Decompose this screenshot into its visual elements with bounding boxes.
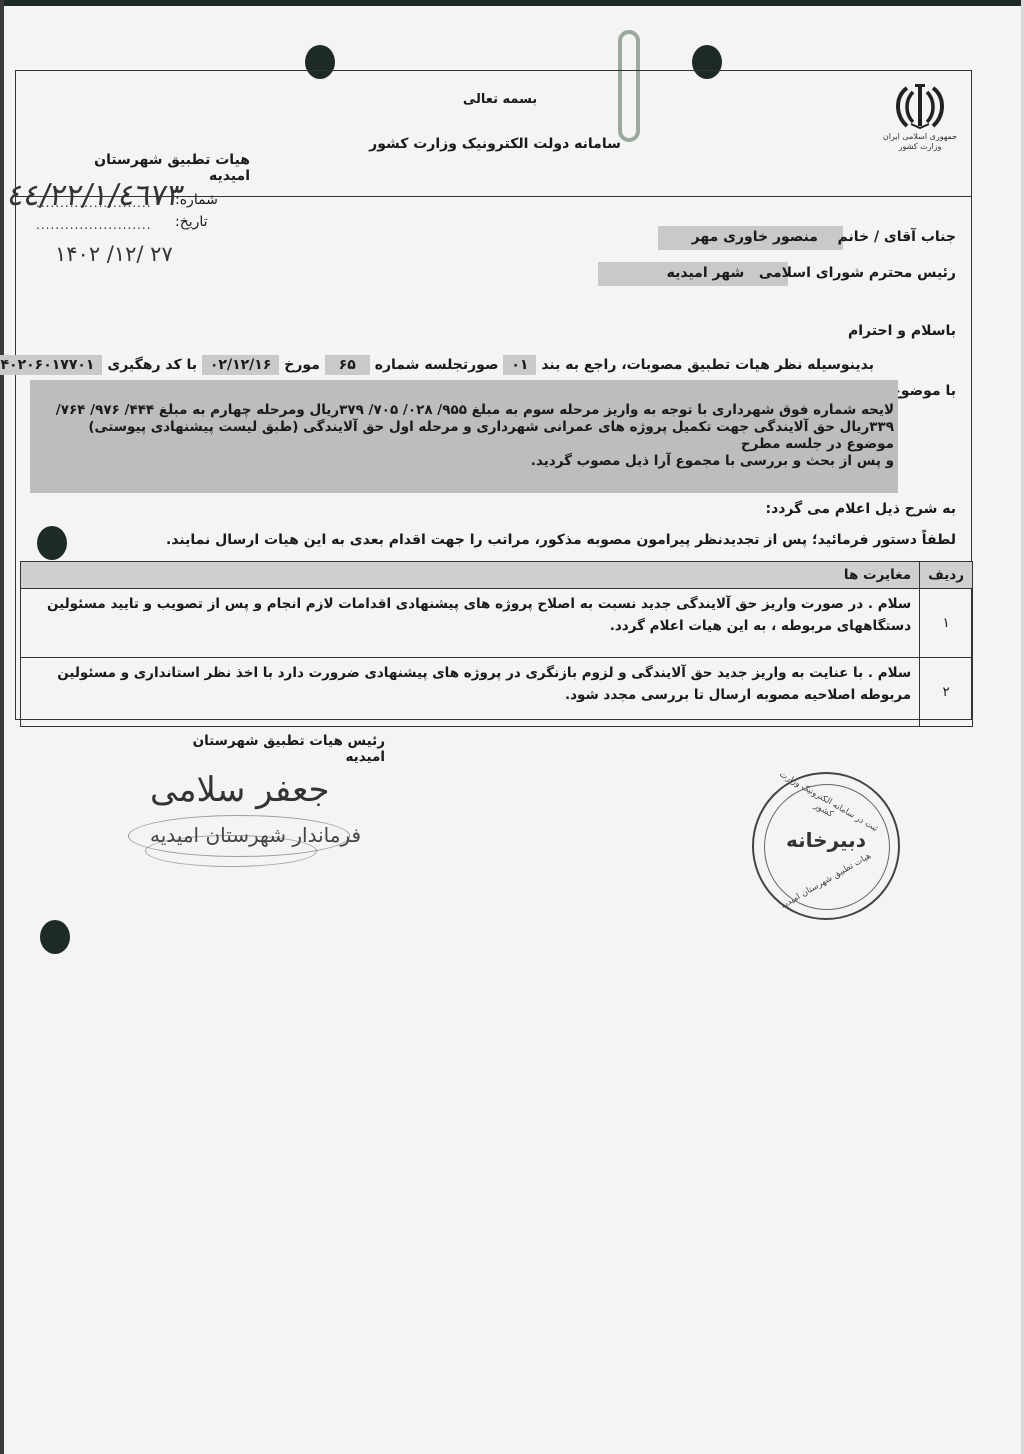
subject-line: و پس از بحث و بررسی با مجموع آرا ذیل مصو… bbox=[52, 453, 894, 470]
session-date: ۰۲/۱۲/۱۶ bbox=[202, 355, 280, 375]
table-row: ۱ سلام . در صورت واریز حق آلایندگی جدید … bbox=[21, 589, 973, 658]
row-text: سلام . در صورت واریز حق آلایندگی جدید نس… bbox=[21, 589, 920, 658]
signature-role: فرماندار شهرستان امیدیه bbox=[150, 823, 361, 847]
dated-label: مورخ bbox=[284, 357, 320, 373]
subject-text: لایحه شماره فوق شهرداری با توجه به واریز… bbox=[52, 402, 894, 470]
scan-edge bbox=[0, 0, 1024, 6]
column-header-discrepancies: مغایرت ها bbox=[21, 562, 920, 589]
council-name: شهر امیدیه bbox=[667, 265, 745, 281]
tracking-code: ۴۰۰۴۰۲۰۶۰۱۷۷۰۱ bbox=[0, 355, 102, 375]
subject-line: لایحه شماره فوق شهرداری با توجه به واریز… bbox=[52, 402, 894, 419]
handwritten-letter-number: ٤٤/٢٢/١/٤٦٧٣ bbox=[6, 178, 186, 213]
handwritten-signature: جعفر سلامی bbox=[150, 770, 330, 810]
tracking-label: با کد رهگیری bbox=[107, 357, 197, 373]
table-row: ۲ سلام . با عنایت به واریز جدید حق آلاین… bbox=[21, 658, 973, 727]
bismillah: بسمه تعالی bbox=[420, 92, 580, 107]
system-title: سامانه دولت الکترونیک وزارت کشور bbox=[360, 136, 630, 152]
row-index: ۲ bbox=[920, 658, 973, 727]
addressee-name: منصور خاوری مهر bbox=[692, 229, 818, 245]
signature-title: رئیس هیات تطبیق شهرستان امیدیه bbox=[155, 733, 385, 765]
date-dots: ........................ bbox=[36, 218, 152, 232]
table-header-row: ردیف مغایرت ها bbox=[21, 562, 973, 589]
subject-label: با موضوع bbox=[891, 383, 956, 399]
column-header-index: ردیف bbox=[920, 562, 973, 589]
emblem-caption: جمهوری اسلامی ایران bbox=[874, 132, 966, 142]
emblem: جمهوری اسلامی ایران وزارت کشور bbox=[874, 82, 966, 172]
handwritten-letter-date: ۱۴۰۲ /۱۲/ ۲۷ bbox=[55, 242, 173, 266]
punch-hole bbox=[40, 920, 70, 954]
position-line: رئیس محترم شورای اسلامی شهر امیدیه bbox=[667, 265, 956, 281]
intro-prefix: بدینوسیله نظر هیات تطبیق مصوبات، راجع به… bbox=[541, 357, 874, 373]
date-label: تاریخ: bbox=[175, 214, 208, 230]
iran-emblem-icon bbox=[893, 82, 947, 132]
subject-line: ۳۳۹ریال حق آلایندگی جهت تکمیل پروژه های … bbox=[52, 419, 894, 453]
secretariat-seal: ثبت در سامانه الکترونیک وزارت کشور دبیرخ… bbox=[752, 772, 900, 920]
salutation-label: جناب آقای / خانم bbox=[837, 229, 956, 245]
scan-edge bbox=[0, 0, 4, 1454]
emblem-caption: وزارت کشور bbox=[874, 142, 966, 152]
greeting: باسلام و احترام bbox=[848, 323, 956, 339]
intro-line: بدینوسیله نظر هیات تطبیق مصوبات، راجع به… bbox=[0, 355, 874, 375]
session-number: ۶۵ bbox=[325, 355, 370, 375]
row-text: سلام . با عنایت به واریز جدید حق آلایندگ… bbox=[21, 658, 920, 727]
clause-number: ۰۱ bbox=[503, 355, 536, 375]
request-text: لطفاً دستور فرمائید؛ پس از تجدیدنظر پیرا… bbox=[166, 532, 956, 548]
addressee-line: جناب آقای / خانم منصور خاوری مهر bbox=[692, 229, 956, 245]
row-index: ۱ bbox=[920, 589, 973, 658]
session-label: صورتجلسه شماره bbox=[375, 357, 499, 373]
position-label: رئیس محترم شورای اسلامی bbox=[759, 265, 956, 281]
discrepancy-table: ردیف مغایرت ها ۱ سلام . در صورت واریز حق… bbox=[20, 561, 973, 727]
announce-text: به شرح ذیل اعلام می گردد: bbox=[765, 501, 956, 517]
